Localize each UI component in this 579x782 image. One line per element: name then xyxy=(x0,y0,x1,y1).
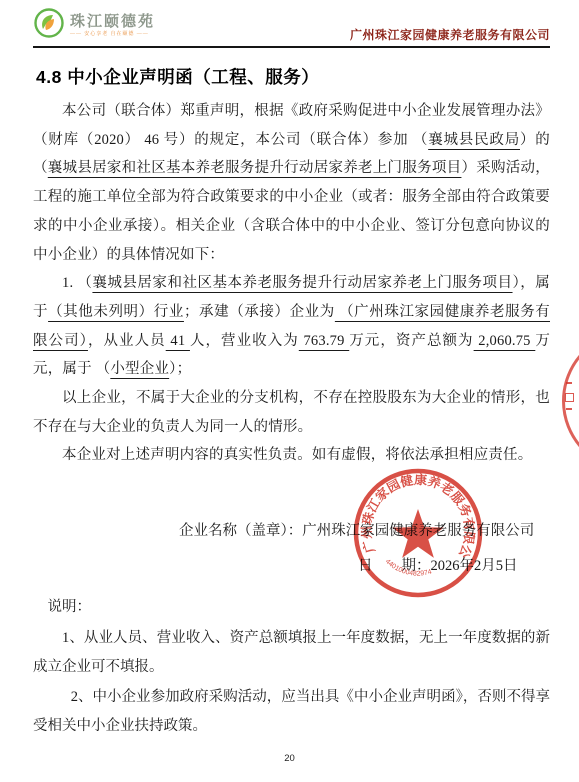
logo-text: 珠江颐德苑 —— 安心享老 自在颐德 —— xyxy=(70,14,155,37)
paragraph-no-large-enterprise: 以上企业，不属于大企业的分支机构，不存在控股股东为大企业的情形，也不存在与大企业… xyxy=(33,384,550,441)
note-item-2: 2、中小企业参加政府采购活动，应当出具《中小企业声明函》，否则不得享受相关中小企… xyxy=(33,683,550,740)
document-body: 本公司（联合体）郑重声明，根据《政府采购促进中小企业发展管理办法》（财库（202… xyxy=(33,97,550,470)
header-company-name: 广州珠江家园健康养老服务有限公司 xyxy=(350,26,550,44)
signature-block: 企业名称（盖章）：广州珠江家园健康养老服务有限公司 日 期：2026年2月5日 xyxy=(33,520,550,577)
note-item-1: 1、从业人员、营业收入、资产总额填报上一年度数据，无上一年度数据的新成立企业可不… xyxy=(33,624,550,681)
logo-leaf-icon xyxy=(33,7,65,44)
company-name-line: 企业名称（盖章）：广州珠江家园健康养老服务有限公司 xyxy=(33,520,550,542)
document-page: 珠江颐德苑 —— 安心享老 自在颐德 —— 广州珠江家园健康养老服务有限公司 4… xyxy=(0,0,579,782)
logo: 珠江颐德苑 —— 安心享老 自在颐德 —— xyxy=(33,7,155,44)
paragraph-declaration: 本公司（联合体）郑重声明，根据《政府采购促进中小企业发展管理办法》（财库（202… xyxy=(33,97,550,269)
date-line: 日 期：2026年2月5日 xyxy=(33,555,550,577)
paragraph-responsibility: 本企业对上述声明内容的真实性负责。如有虚假，将依法承担相应责任。 xyxy=(33,441,550,470)
logo-tagline: —— 安心享老 自在颐德 —— xyxy=(70,32,155,37)
section-title: 4.8 中小企业声明函（工程、服务） xyxy=(36,64,550,89)
page-number: 20 xyxy=(0,753,579,764)
edge-seal-mark xyxy=(566,382,572,384)
paragraph-item-1: 1. （襄城县居家和社区基本养老服务提升行动居家养老上门服务项目），属于（其他未… xyxy=(33,269,550,384)
notes-label: 说明： xyxy=(33,593,550,622)
page-header: 珠江颐德苑 —— 安心享老 自在颐德 —— 广州珠江家园健康养老服务有限公司 xyxy=(33,6,550,48)
edge-seal-mark xyxy=(565,393,574,402)
edge-seal-mark xyxy=(566,408,572,410)
logo-title: 珠江颐德苑 xyxy=(70,14,155,29)
notes-section: 说明： 1、从业人员、营业收入、资产总额填报上一年度数据，无上一年度数据的新成立… xyxy=(33,593,550,741)
